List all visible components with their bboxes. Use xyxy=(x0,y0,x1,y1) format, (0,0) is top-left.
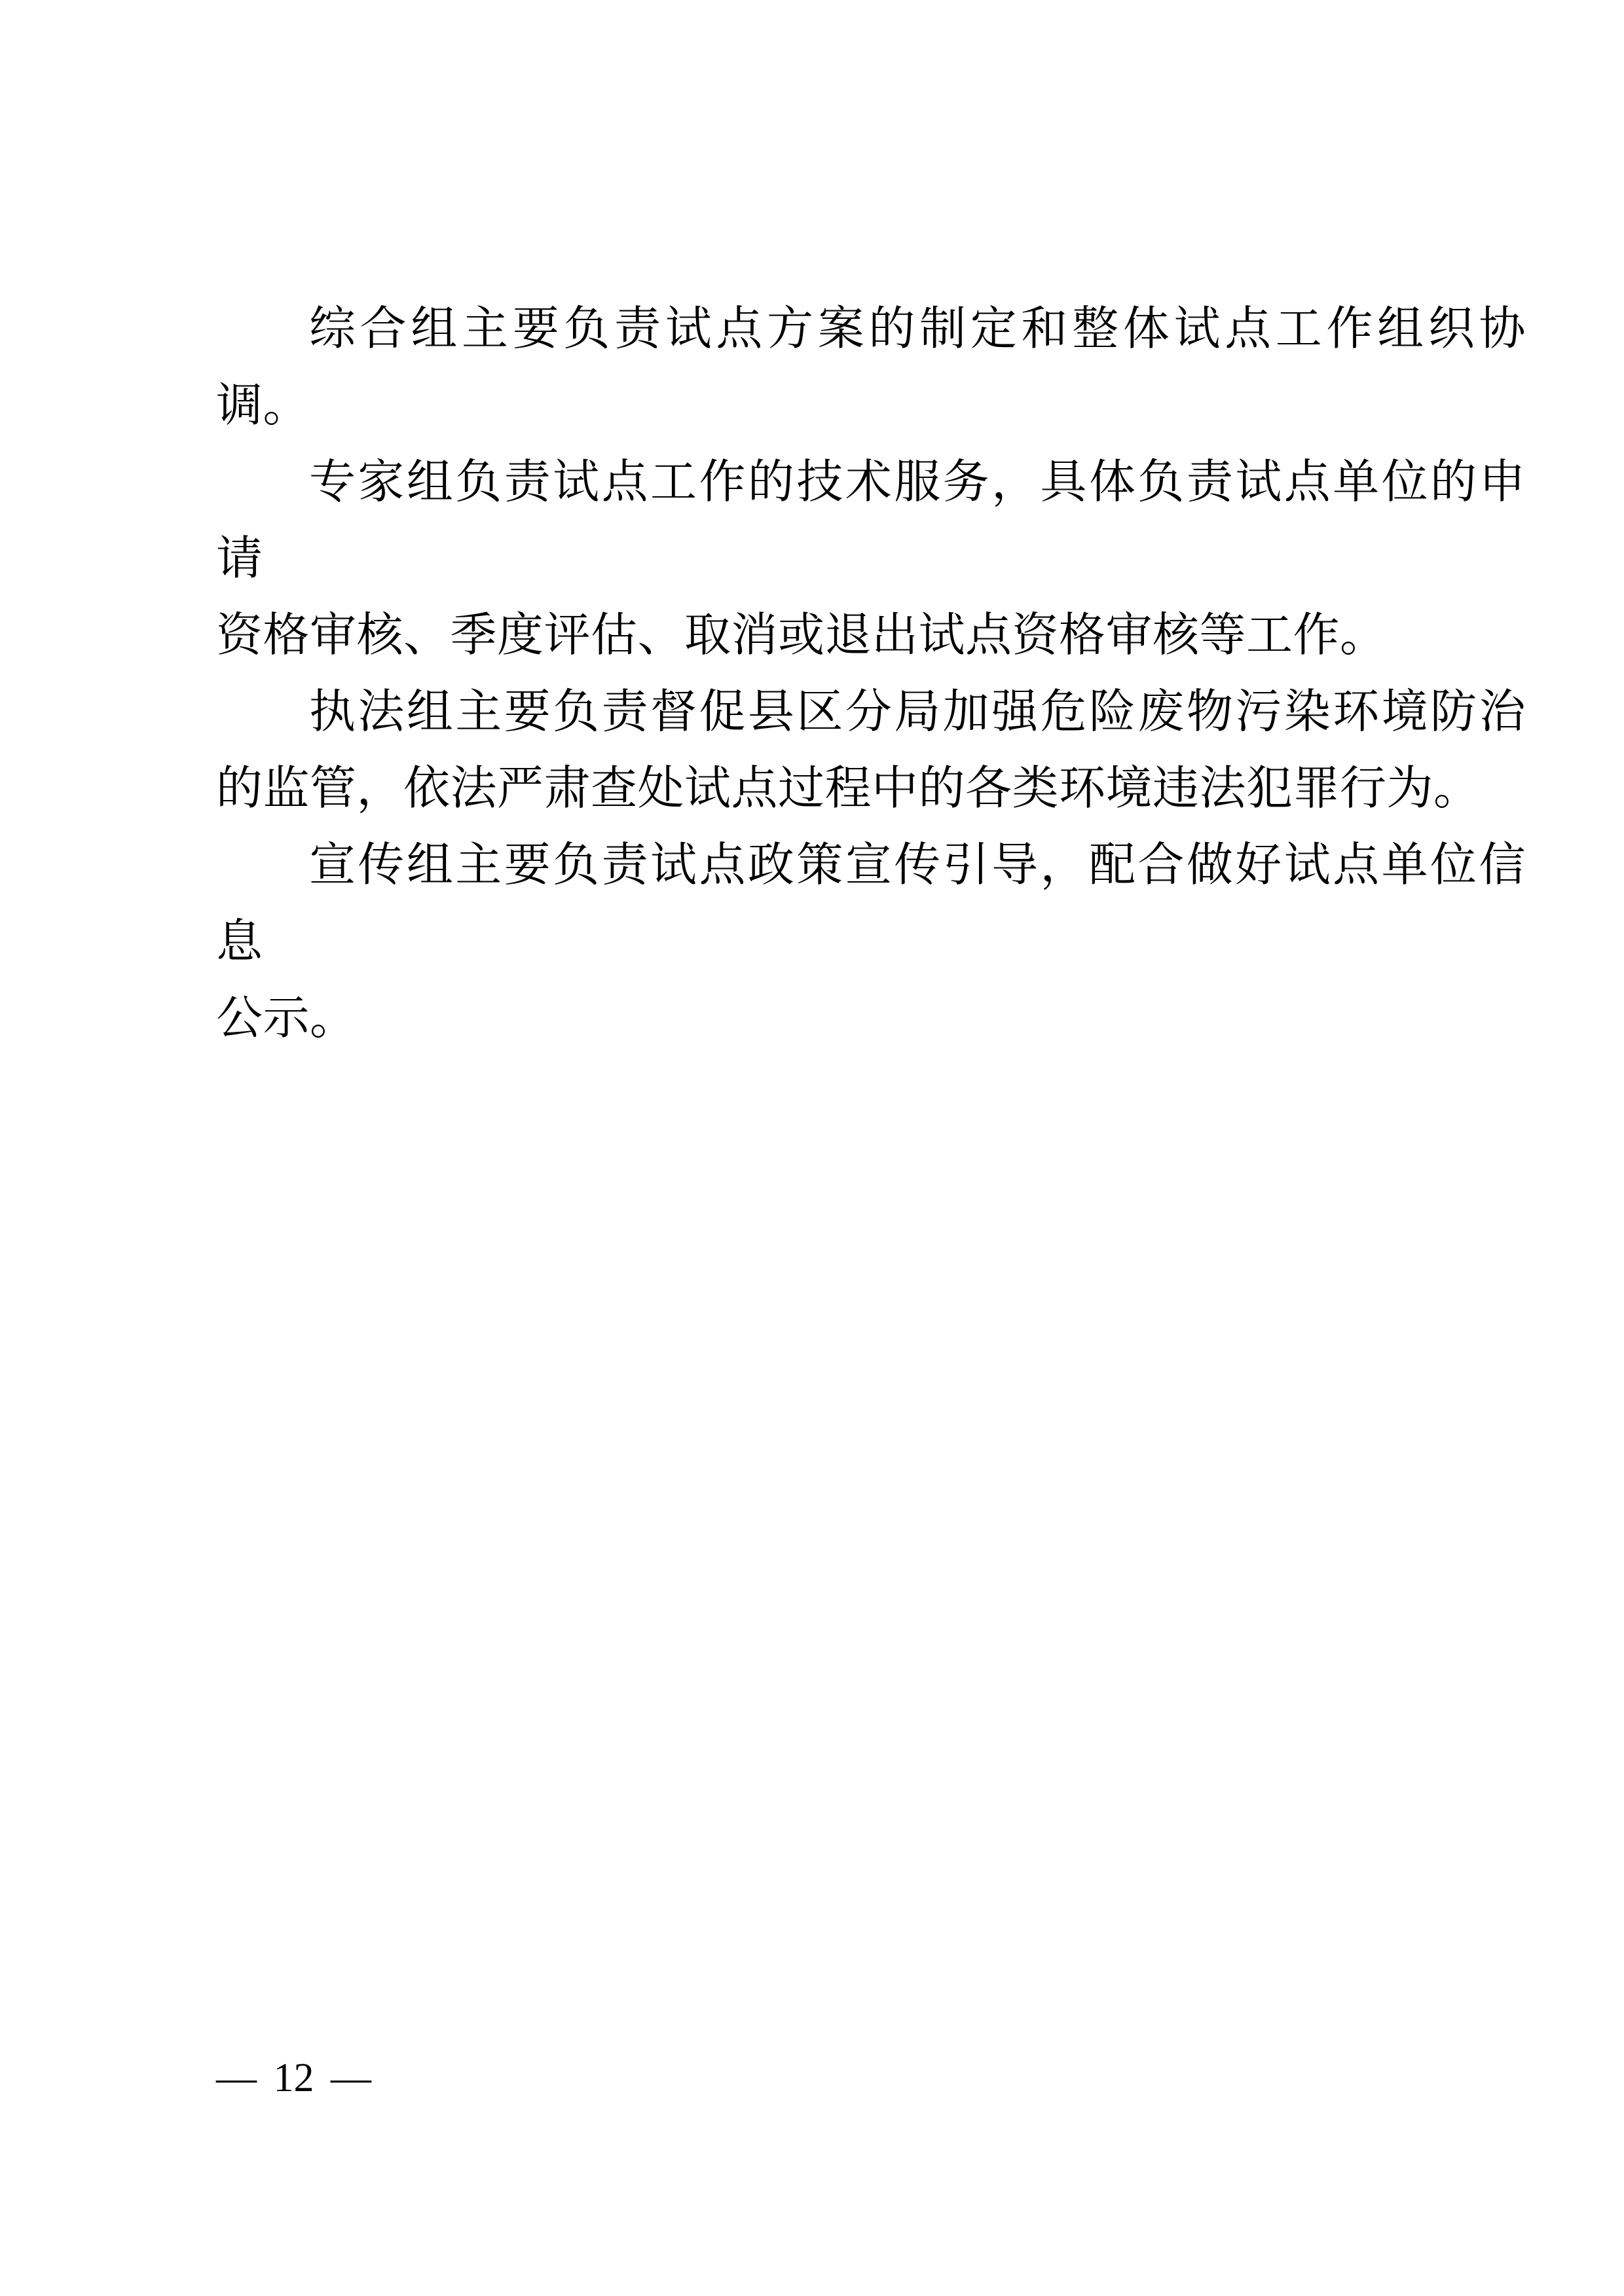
text-line: 综合组主要负责试点方案的制定和整体试点工作组织协调。 xyxy=(216,291,1526,445)
text-line: 的监管，依法严肃查处试点过程中的各类环境违法犯罪行为。 xyxy=(216,751,1526,828)
text-line: 宣传组主要负责试点政策宣传引导，配合做好试点单位信息 xyxy=(216,828,1526,981)
text-line: 公示。 xyxy=(216,981,1526,1057)
page-footer: — 12 — xyxy=(216,2052,371,2104)
document-body: 综合组主要负责试点方案的制定和整体试点工作组织协调。 专家组负责试点工作的技术服… xyxy=(216,291,1526,1057)
text-line: 专家组负责试点工作的技术服务，具体负责试点单位的申请 xyxy=(216,445,1526,598)
page-number: — 12 — xyxy=(216,2056,371,2100)
document-page: 综合组主要负责试点方案的制定和整体试点工作组织协调。 专家组负责试点工作的技术服… xyxy=(0,0,1624,2296)
text-line: 资格审核、季度评估、取消或退出试点资格审核等工作。 xyxy=(216,598,1526,674)
text-line: 执法组主要负责督促县区分局加强危险废物污染环境防治 xyxy=(216,674,1526,751)
